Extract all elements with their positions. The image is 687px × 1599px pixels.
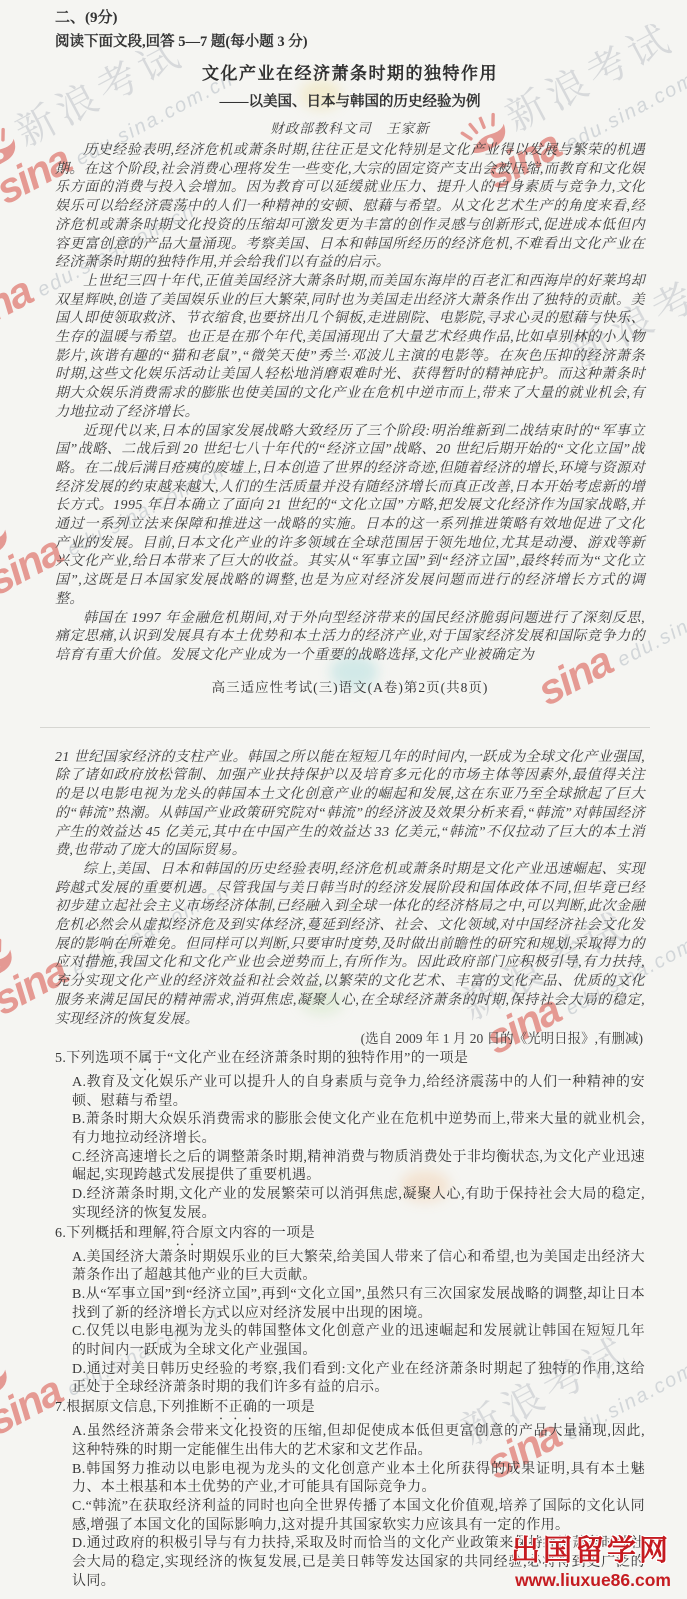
question-6-stem-emphasis: 符合	[171, 1226, 200, 1241]
passage-paragraph: 上世纪三四十年代,正值美国经济大萧条时期,而美国东海岸的百老汇和西海岸的好莱坞却…	[55, 273, 645, 423]
question-6-stem: 6.下列概括和理解,符合原文内容的一项是	[55, 1225, 645, 1249]
source-note: (选自 2009 年 1 月 20 日的《光明日报》,有删减)	[55, 1030, 643, 1049]
page-footer: 高三适应性考试(三)语文(A卷)第2页(共8页)	[55, 676, 645, 696]
passage-author: 财政部教科文司 王家新	[55, 117, 645, 137]
question-7-stem-emphasis: 不正确	[214, 1400, 257, 1415]
passage-paragraph: 韩国在 1997 年金融危机期间,对于外向型经济带来的国民经济脆弱问题进行了深刻…	[55, 610, 645, 666]
question-5-stem: 5.下列选项不属于“文化产业在经济萧条时期的独特作用”的一项是	[55, 1050, 645, 1074]
question-5: 5.下列选项不属于“文化产业在经济萧条时期的独特作用”的一项是 A.教育及文化娱…	[55, 1050, 645, 1224]
question-5-stem-emphasis: 不属于	[124, 1051, 167, 1066]
question-6-option-a: A.美国经济大萧条时期娱乐业的巨大繁荣,给美国人带来了信心和希望,也为美国走出经…	[72, 1249, 645, 1286]
liuxue86-site-url: www.liuxue86.com	[511, 1570, 671, 1591]
question-6-option-d: D.通过对美日韩历史经验的考察,我们看到:文化产业在经济萧条时期起了独特的作用,…	[72, 1361, 645, 1398]
passage-title: 文化产业在经济萧条时期的独特作用	[55, 59, 645, 84]
reading-instruction: 阅读下面文段,回答 5—7 题(每小题 3 分)	[55, 30, 645, 51]
page-divider	[40, 727, 650, 728]
question-6-option-c: C.仅凭以电影电视为龙头的韩国整体文化创意产业的迅速崛起和发展就让韩国在短短几年…	[72, 1323, 645, 1360]
question-6-option-b: B.从“军事立国”到“经济立国”,再到“文化立国”,虽然只有三次国家发展战略的调…	[72, 1286, 645, 1323]
passage-paragraph: 21 世纪国家经济的支柱产业。韩国之所以能在短短几年的时间内,一跃成为全球文化产…	[55, 749, 645, 861]
question-5-option-c: C.经济高速增长之后的调整萧条时期,精神消费与物质消费处于非均衡状态,为文化产业…	[72, 1149, 645, 1186]
liuxue86-branding: 出国留学网 www.liuxue86.com	[511, 1528, 671, 1591]
passage-paragraph: 综上,美国、日本和韩国的历史经验表明,经济危机或萧条时期是文化产业迅速崛起、实现…	[55, 861, 645, 1029]
question-5-stem-post: “文化产业在经济萧条时期的独特作用”的一项是	[167, 1051, 468, 1066]
question-5-stem-pre: 5.下列选项	[55, 1051, 124, 1066]
sina-logo-text: sina	[0, 267, 39, 345]
question-5-option-b: B.萧条时期大众娱乐消费需求的膨胀会使文化产业在危机中逆势而上,带来大量的就业机…	[72, 1111, 645, 1148]
question-6: 6.下列概括和理解,符合原文内容的一项是 A.美国经济大萧条时期娱乐业的巨大繁荣…	[55, 1225, 645, 1399]
question-7-stem: 7.根据原文信息,下列推断不正确的一项是	[55, 1399, 645, 1423]
question-6-stem-pre: 6.下列概括和理解,	[55, 1226, 171, 1241]
question-7-stem-post: 的一项是	[257, 1400, 315, 1415]
sina-eye-logo-icon	[0, 934, 24, 993]
question-6-stem-post: 原文内容的一项是	[200, 1226, 315, 1241]
section-header: 二、(9分)	[55, 6, 645, 27]
exam-content: 二、(9分) 阅读下面文段,回答 5—7 题(每小题 3 分) 文化产业在经济萧…	[55, 6, 645, 1592]
sina-eye-logo-icon	[0, 1354, 19, 1413]
sina-eye-logo-icon	[0, 514, 19, 573]
question-5-option-d: D.经济萧条时期,文化产业的发展繁荣可以消弭焦虑,凝聚人心,有助于保持社会大局的…	[72, 1186, 645, 1223]
question-7-option-a: A.虽然经济萧条会带来文化投资的压缩,但却促使成本低但更富创意的产品大量涌现,因…	[72, 1423, 645, 1460]
passage-paragraph: 历史经验表明,经济危机或萧条时期,往往正是文化特别是文化产业得以发展与繁荣的机遇…	[55, 142, 645, 273]
scanned-exam-page: 新浪考试 sina edu.sina.com.cn 新浪考试 sina	[0, 0, 687, 1599]
question-7-stem-pre: 7.根据原文信息,下列推断	[55, 1400, 214, 1415]
question-7-option-b: B.韩国努力推动以电影电视为龙头的文化创意产业本土化所获得的成果证明,具有本土魅…	[72, 1461, 645, 1498]
liuxue86-site-name: 出国留学网	[511, 1528, 671, 1569]
sina-eye-logo-icon	[0, 123, 27, 182]
passage-paragraph: 近现代以来,日本的国家发展战略大致经历了三个阶段:明治维新到二战结束时的“军事立…	[55, 423, 645, 610]
question-5-option-a: A.教育及文化娱乐产业可以提升人的自身素质与竞争力,给经济震荡中的人们一种精神的…	[72, 1074, 645, 1111]
passage-subtitle: ——以美国、日本与韩国的历史经验为例	[55, 90, 645, 111]
